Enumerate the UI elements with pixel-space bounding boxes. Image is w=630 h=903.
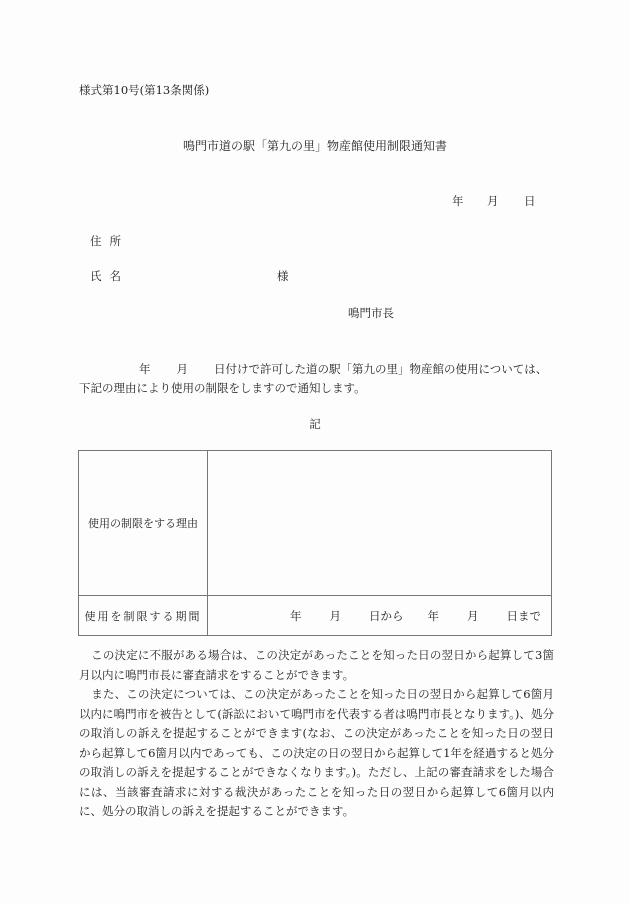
date-year-label: 年 (452, 193, 464, 209)
form-number: 様式第10号(第13条関係) (79, 82, 209, 98)
notice-text: 年月日付けで許可した道の駅「第九の里」物産館の使用については、 下記の理由により… (79, 360, 554, 398)
period-value: 年月日から年月日まで (208, 596, 552, 636)
ki-heading: 記 (0, 416, 630, 432)
appeal-paragraph: この決定に不服がある場合は、この決定があったことを知った日の翌日から起算して3箇… (79, 646, 554, 685)
notice-month: 月 (177, 362, 189, 376)
document-title: 鳴門市道の駅「第九の里」物産館使用制限通知書 (0, 137, 630, 154)
reason-value (208, 451, 552, 596)
period-from-month: 月 (330, 608, 342, 624)
date-month-label: 月 (487, 193, 499, 209)
period-to-year: 年 (428, 608, 440, 624)
period-label: 使用を制限する期間 (79, 596, 208, 636)
period-from-year: 年 (290, 608, 302, 624)
name-label: 氏名 (90, 268, 129, 284)
reason-label: 使用の制限をする理由 (79, 451, 208, 596)
notice-line2: 下記の理由により使用の制限をしますので通知します。 (79, 379, 554, 398)
date-day-label: 日 (524, 193, 536, 209)
appeal-text: この決定に不服がある場合は、この決定があったことを知った日の翌日から起算して3箇… (79, 648, 554, 682)
notice-year: 年 (139, 362, 151, 376)
table-row-reason: 使用の制限をする理由 (79, 451, 552, 596)
restriction-table: 使用の制限をする理由 使用を制限する期間 年月日から年月日まで (78, 450, 552, 636)
address-label: 住所 (90, 233, 129, 249)
period-to-month: 月 (467, 608, 479, 624)
lawsuit-paragraph: また、この決定については、この決定があったことを知った日の翌日から起算して6箇月… (79, 685, 554, 822)
table-row-period: 使用を制限する期間 年月日から年月日まで (79, 596, 552, 636)
period-from-day: 日から (369, 608, 404, 624)
sender-mayor: 鳴門市長 (348, 305, 394, 321)
notice-line1: 日付けで許可した道の駅「第九の里」物産館の使用については、 (214, 362, 547, 376)
honorific: 様 (277, 268, 289, 284)
lawsuit-text: また、この決定については、この決定があったことを知った日の翌日から起算して6箇月… (79, 687, 554, 818)
period-to-day: 日まで (507, 608, 542, 624)
